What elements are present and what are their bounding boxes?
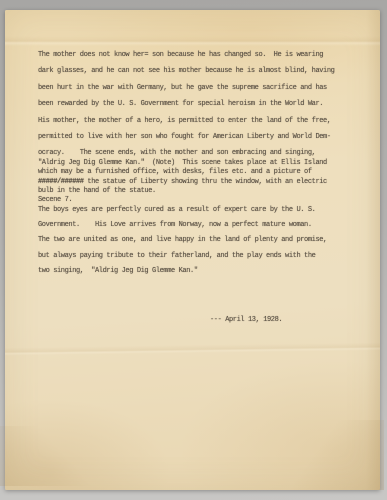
date-line: --- April 13, 1928. [210, 315, 372, 325]
typed-line: been hurt in the war with Germany, but h… [38, 80, 372, 96]
typed-line: which may be a furnished office, with de… [38, 168, 372, 177]
photo-background: The mother does not know her= son becaus… [0, 0, 387, 500]
paragraph-epilogue: The boys eyes are perfectly cured as a r… [38, 203, 372, 280]
paragraph-note-block: "Aldrig Jeg Dig Glemme Kan." (Note) This… [38, 159, 372, 206]
typed-line: "Aldrig Jeg Dig Glemme Kan." (Note) This… [38, 159, 372, 168]
typed-line: #####/###### the statue of Liberty showi… [38, 178, 372, 187]
typed-line: His mother, the mother of a hero, is per… [38, 113, 372, 129]
paragraph-scene-description: The mother does not know her= son becaus… [38, 47, 372, 162]
typed-line: two singing, "Aldrig Jeg Dig Glemme Kan.… [38, 264, 372, 279]
typed-text-block: The mother does not know her= son becaus… [38, 47, 372, 325]
typed-line: Government. His Love arrives from Norway… [38, 218, 372, 233]
paper-crease-middle [5, 342, 380, 355]
document-page: The mother does not know her= son becaus… [5, 10, 380, 490]
paper-crease-bottom-left [0, 426, 117, 486]
typed-line-rest: the statue of Liberty showing thru the w… [84, 178, 327, 186]
typed-line: dark glasses, and he can not see hìs mot… [38, 63, 372, 79]
struck-out-text: #####/###### [38, 178, 84, 186]
typed-line: The mother does not know her= son becaus… [38, 47, 372, 63]
paper-crease-top [5, 36, 380, 46]
typed-line: permitted to live with her son who fough… [38, 129, 372, 145]
typed-line: bulb in the hand of the statue. [38, 187, 372, 196]
paper-crease-bottom-right [274, 420, 384, 490]
typed-line: The two are united as one, and live happ… [38, 233, 372, 248]
typed-line: but always paying tribute to their fathe… [38, 249, 372, 264]
typed-line: been rewarded by the U. S. Government fo… [38, 96, 372, 112]
typed-line: The boys eyes are perfectly cured as a r… [38, 203, 372, 218]
